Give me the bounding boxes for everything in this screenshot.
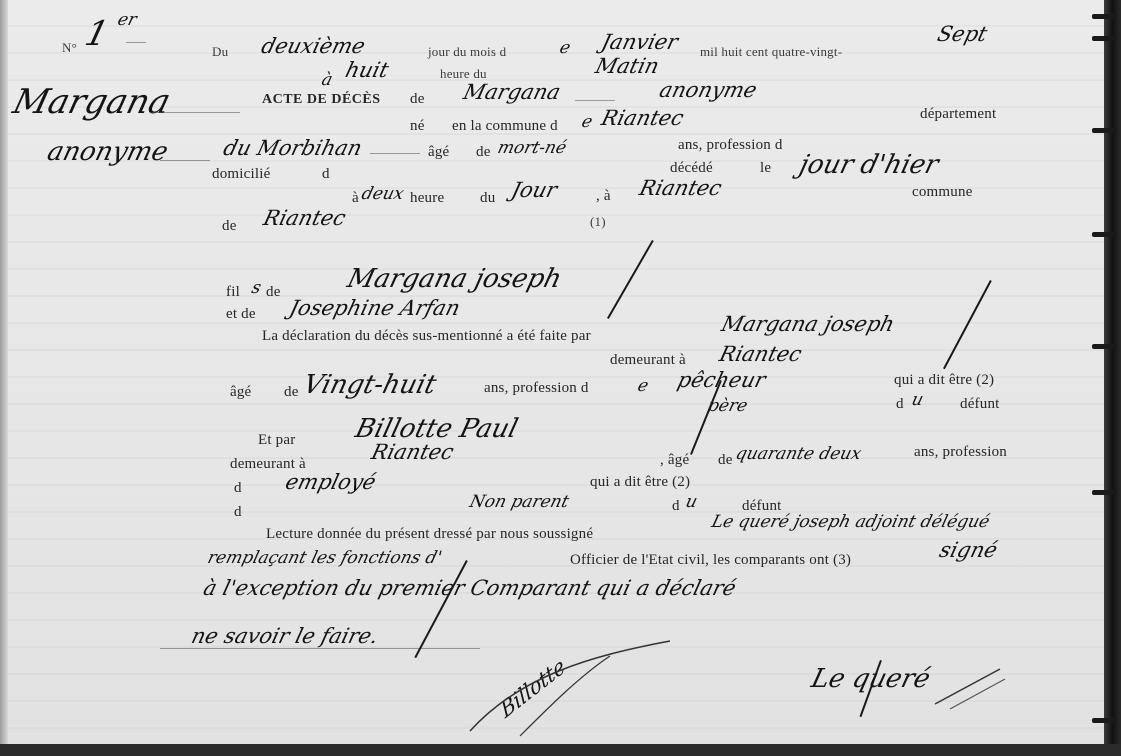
- viewer-bottom-bar: [0, 744, 1121, 756]
- hw-declarant-residence: Riantec: [717, 342, 804, 366]
- signature-paraph: [930, 664, 1010, 714]
- hw-death-hour: deux: [360, 184, 406, 204]
- hw-witness-profession: employé: [283, 470, 378, 494]
- printed-text: mil huit cent quatre-vingt-: [700, 44, 842, 60]
- printed-text: ans, profession: [914, 444, 1007, 461]
- printed-text: né: [410, 118, 425, 135]
- hw-text: s: [250, 278, 264, 298]
- act-number: 1: [81, 14, 113, 54]
- fill-line: [370, 153, 420, 154]
- suffix-underline: [126, 42, 146, 43]
- printed-text: de: [266, 284, 281, 301]
- signature-flourish: [460, 636, 680, 744]
- printed-text: en la commune d: [452, 118, 558, 135]
- hw-period: Matin: [593, 54, 662, 78]
- printed-text: de: [476, 144, 491, 161]
- hw-officer: Le queré joseph adjoint délégué: [710, 512, 992, 532]
- act-number-suffix: er: [116, 10, 139, 30]
- printed-text: , à: [596, 188, 611, 205]
- printed-text: d: [234, 504, 242, 521]
- printed-text: de: [410, 91, 425, 108]
- printed-text: de: [222, 218, 237, 235]
- fill-line: [575, 100, 615, 101]
- signature-officer: Le queré: [808, 664, 933, 694]
- margin-underline-2: [160, 160, 210, 161]
- hw-month: Janvier: [599, 30, 680, 54]
- printed-text: d: [896, 396, 904, 413]
- hw-deceased-name: Margana: [461, 80, 563, 104]
- act-number-prefix: N°: [62, 40, 77, 56]
- printed-text: heure: [410, 190, 444, 207]
- hw-text: e: [558, 38, 573, 58]
- hw-text: à: [320, 70, 335, 90]
- printed-text: La déclaration du décès sus-mentionné a …: [262, 328, 591, 345]
- printed-text: d: [672, 498, 680, 515]
- hw-closing: ne savoir le faire.: [189, 624, 381, 648]
- hw-witness-residence: Riantec: [369, 440, 456, 464]
- printed-text: d: [234, 480, 242, 497]
- printed-text: fil: [226, 284, 240, 301]
- printed-text: le: [760, 160, 771, 177]
- printed-text: domicilié: [212, 166, 270, 183]
- printed-text: Lecture donnée du présent dressé par nou…: [266, 526, 593, 543]
- printed-text: demeurant à: [610, 352, 686, 369]
- printed-text: Du: [212, 44, 228, 60]
- hw-replacing: remplaçant les fonctions d': [206, 548, 444, 568]
- hw-text: e: [636, 376, 651, 396]
- hw-death-date: jour d'hier: [796, 150, 941, 180]
- hw-birth-commune: Riantec: [599, 106, 686, 130]
- printed-text: de: [284, 384, 299, 401]
- printed-text: de: [718, 452, 733, 469]
- margin-surname: Margana: [9, 82, 175, 122]
- printed-text: Officier de l'Etat civil, les comparants…: [570, 552, 851, 569]
- pen-stroke: [607, 240, 654, 319]
- hw-text: e: [580, 112, 595, 132]
- hw-declarant: Margana joseph: [719, 312, 897, 336]
- printed-text: d: [322, 166, 330, 183]
- printed-text: et de: [226, 306, 256, 323]
- hw-hour: huit: [343, 58, 391, 82]
- hw-witness-relation: Non parent: [468, 492, 571, 512]
- printed-text: qui a dit être (2): [894, 372, 994, 389]
- printed-text: qui a dit être (2): [590, 474, 690, 491]
- hw-department: du Morbihan: [221, 136, 365, 160]
- hw-year: Sept: [935, 22, 990, 46]
- printed-text: jour du mois d: [428, 44, 506, 60]
- hw-father: Margana joseph: [344, 264, 565, 294]
- hw-commune: Riantec: [261, 206, 348, 230]
- fill-line: [160, 648, 480, 649]
- form-title: ACTE DE DÉCÈS: [262, 92, 381, 108]
- pen-stroke: [943, 280, 992, 369]
- hw-signed: signé: [937, 538, 1000, 562]
- book-binding: [1104, 0, 1121, 744]
- footnote-ref: (1): [590, 214, 606, 230]
- printed-text: à: [352, 190, 359, 207]
- hw-text: u: [910, 390, 926, 410]
- printed-text: âgé: [230, 384, 251, 401]
- hw-exception: à l'exception du premier Comparant qui a…: [201, 576, 739, 600]
- margin-underline: [150, 112, 240, 113]
- printed-text: Et par: [258, 432, 295, 449]
- hw-deceased-given: anonyme: [657, 78, 759, 102]
- printed-text: ans, profession d: [484, 380, 589, 397]
- hw-declarant-age: Vingt-huit: [300, 370, 439, 400]
- margin-given-name: anonyme: [44, 137, 171, 167]
- printed-text: département: [920, 106, 996, 123]
- printed-text: du: [480, 190, 495, 207]
- page-edge: [0, 0, 8, 744]
- hw-witness-age: quarante deux: [734, 444, 864, 464]
- hw-day: deuxième: [259, 34, 368, 58]
- printed-text: commune: [912, 184, 973, 201]
- hw-mother: Josephine Arfan: [287, 296, 463, 320]
- printed-text: , âgé: [660, 452, 689, 469]
- hw-death-period: Jour: [509, 178, 560, 202]
- hw-death-place: Riantec: [637, 176, 724, 200]
- document-page: N° 1 er Margana anonyme Du deuxième jour…: [0, 0, 1106, 744]
- hw-age: mort-né: [496, 138, 569, 158]
- hw-text: u: [684, 492, 700, 512]
- printed-text: défunt: [960, 396, 1000, 413]
- printed-text: décédé: [670, 160, 713, 177]
- printed-text: ans, profession d: [678, 137, 783, 154]
- printed-text: âgé: [428, 144, 449, 161]
